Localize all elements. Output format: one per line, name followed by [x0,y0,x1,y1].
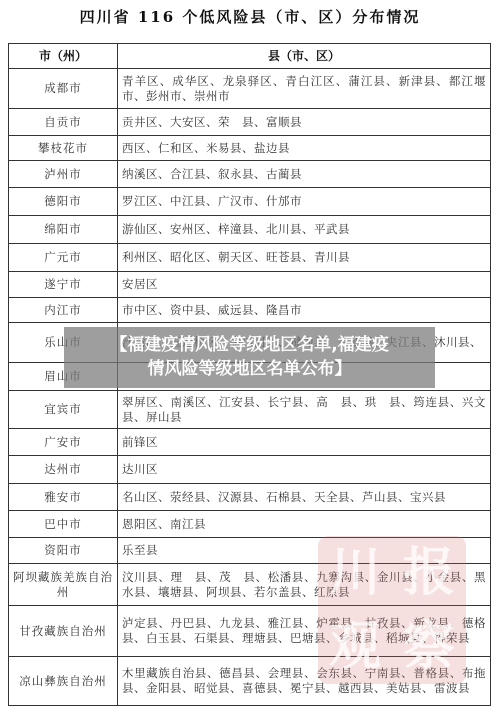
table-row: 遂宁市安居区 [9,272,491,298]
city-cell: 巴中市 [9,511,118,538]
city-cell: 宜宾市 [9,391,118,429]
counties-cell: 青羊区、成华区、龙泉驿区、青白江区、蒲江县、新津县、都江堰市、彭州市、崇州市 [118,69,491,109]
table-row: 宜宾市翠屏区、南溪区、江安县、长宁县、高 县、珙 县、筠连县、兴文县、屏山县 [9,391,491,429]
city-cell: 遂宁市 [9,272,118,298]
document-title: 四川省 116 个低风险县（市、区）分布情况 [0,6,500,27]
table-row: 凉山彝族自治州木里藏族自治县、德昌县、会理县、会东县、宁南县、普格县、布拖县、金… [9,657,491,706]
counties-cell: 前锋区 [118,429,491,456]
city-cell: 成都市 [9,69,118,109]
counties-cell: 西区、仁和区、米易县、盐边县 [118,136,491,161]
counties-cell: 罗江区、中江县、广汉市、什邡市 [118,188,491,216]
counties-cell: 名山区、荥经县、汉源县、石棉县、天全县、芦山县、宝兴县 [118,484,491,511]
table-row: 德阳市罗江区、中江县、广汉市、什邡市 [9,188,491,216]
table-row: 广元市利州区、昭化区、朝天区、旺苍县、青川县 [9,244,491,272]
counties-cell: 木里藏族自治县、德昌县、会理县、会东县、宁南县、普格县、布拖县、金阳县、昭觉县、… [118,657,491,706]
city-cell: 自贡市 [9,109,118,136]
counties-cell: 乐至县 [118,538,491,564]
table-row: 广安市前锋区 [9,429,491,456]
headline-overlay-banner[interactable]: 【福建疫情风险等级地区名单,福建疫 情风险等级地区名单公布】 [64,327,435,388]
city-cell: 阿坝藏族羌族自治州 [9,564,118,606]
table-row: 甘孜藏族自治州泸定县、丹巴县、九龙县、雅江县、炉霍县、甘孜县、新龙县、德格县、白… [9,606,491,657]
banner-line-2: 情风险等级地区名单公布】 [64,357,435,381]
table-row: 巴中市恩阳区、南江县 [9,511,491,538]
table-row: 雅安市名山区、荥经县、汉源县、石棉县、天全县、芦山县、宝兴县 [9,484,491,511]
table-row: 成都市青羊区、成华区、龙泉驿区、青白江区、蒲江县、新津县、都江堰市、彭州市、崇州… [9,69,491,109]
table-row: 阿坝藏族羌族自治州汶川县、理 县、茂 县、松潘县、九寨沟县、金川县、小金县、黑水… [9,564,491,606]
table-header-row: 市（州） 县（市、区） [9,44,491,69]
table-row: 内江市市中区、资中县、威远县、隆昌市 [9,298,491,323]
city-cell: 甘孜藏族自治州 [9,606,118,657]
table-row: 自贡市贡井区、大安区、荣 县、富顺县 [9,109,491,136]
counties-cell: 市中区、资中县、威远县、隆昌市 [118,298,491,323]
counties-cell: 安居区 [118,272,491,298]
table-row: 资阳市乐至县 [9,538,491,564]
city-cell: 内江市 [9,298,118,323]
counties-cell: 翠屏区、南溪区、江安县、长宁县、高 县、珙 县、筠连县、兴文县、屏山县 [118,391,491,429]
table-row: 达州市达川区 [9,456,491,484]
city-cell: 德阳市 [9,188,118,216]
counties-cell: 贡井区、大安区、荣 县、富顺县 [118,109,491,136]
counties-cell: 利州区、昭化区、朝天区、旺苍县、青川县 [118,244,491,272]
city-cell: 绵阳市 [9,216,118,244]
counties-cell: 汶川县、理 县、茂 县、松潘县、九寨沟县、金川县、小金县、黑水县、壤塘县、阿坝县… [118,564,491,606]
table-row: 泸州市纳溪区、合江县、叙永县、古蔺县 [9,161,491,188]
city-cell: 凉山彝族自治州 [9,657,118,706]
city-cell: 雅安市 [9,484,118,511]
header-city: 市（州） [9,44,118,69]
city-cell: 攀枝花市 [9,136,118,161]
counties-cell: 恩阳区、南江县 [118,511,491,538]
city-cell: 达州市 [9,456,118,484]
header-counties: 县（市、区） [118,44,491,69]
counties-cell: 达川区 [118,456,491,484]
banner-line-1: 【福建疫情风险等级地区名单,福建疫 [64,333,435,357]
counties-cell: 泸定县、丹巴县、九龙县、雅江县、炉霍县、甘孜县、新龙县、德格县、白玉县、石渠县、… [118,606,491,657]
city-cell: 广安市 [9,429,118,456]
counties-cell: 纳溪区、合江县、叙永县、古蔺县 [118,161,491,188]
counties-cell: 游仙区、安州区、梓潼县、北川县、平武县 [118,216,491,244]
city-cell: 资阳市 [9,538,118,564]
city-cell: 广元市 [9,244,118,272]
city-cell: 泸州市 [9,161,118,188]
table-row: 攀枝花市西区、仁和区、米易县、盐边县 [9,136,491,161]
table-row: 绵阳市游仙区、安州区、梓潼县、北川县、平武县 [9,216,491,244]
